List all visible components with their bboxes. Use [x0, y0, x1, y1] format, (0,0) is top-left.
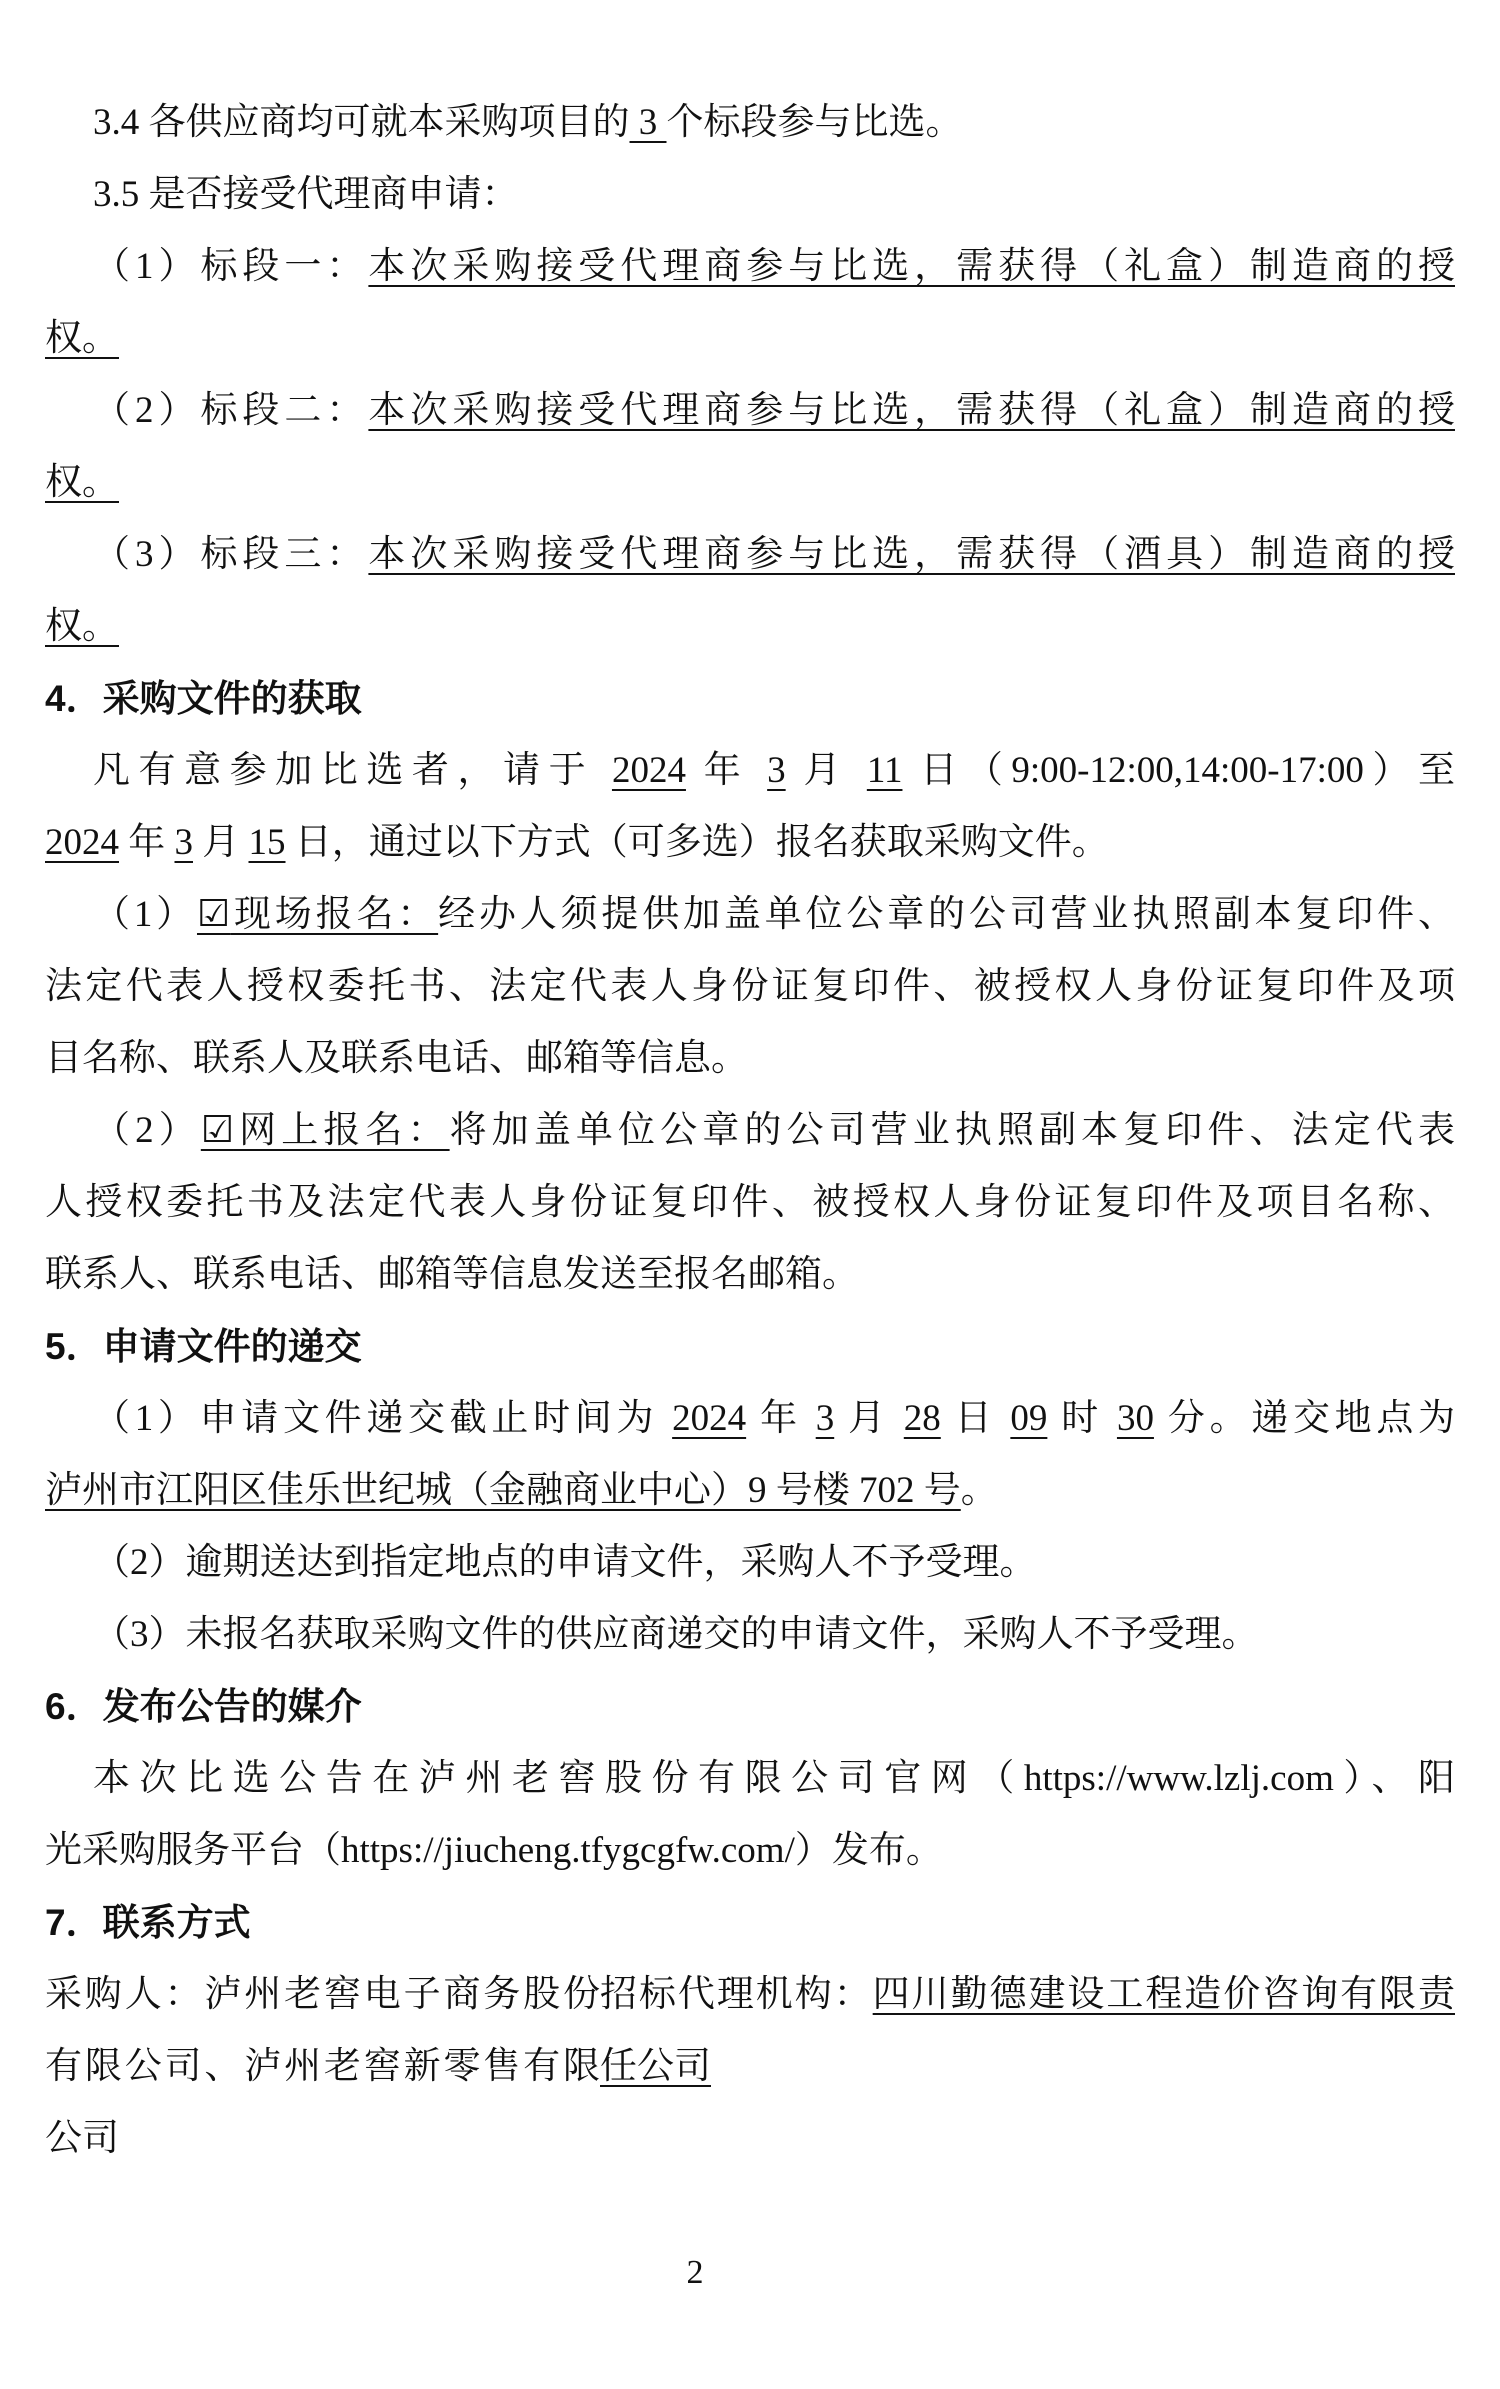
purchaser-line: 有限公司、泸州老窖新零售有限: [45, 2031, 600, 2103]
text-run: 凡有意参加比选者，请于: [93, 750, 612, 791]
purchaser-line: 采购人：泸州老窖电子商务股份: [45, 1959, 600, 2031]
checkbox-checked-icon: ☑: [197, 894, 230, 935]
text-run: 3.4 各供应商均可就本采购项目的: [93, 102, 630, 143]
text-run: 日（9:00-12:00,14:00-17:00）至: [902, 750, 1455, 791]
text-run: 有限公司、泸州老窖新零售有限: [45, 2046, 600, 2087]
underlined-text: 本次采购接受代理商参与比选，需获得（酒具）制造商的授: [368, 534, 1455, 575]
heading-text: 6．发布公告的媒介: [45, 1686, 362, 1727]
onsite-signup-label: 现场报名：: [230, 894, 438, 935]
text-run: 3.5 是否接受代理商申请：: [93, 174, 519, 215]
delivery-address: 泸州市江阳区佳乐世纪城（金融商业中心）9 号楼 702 号: [45, 1470, 961, 1511]
time-value: 09: [1010, 1398, 1047, 1439]
contact-agency: 招标代理机构：四川勤德建设工程造价咨询有限责任公司: [600, 1959, 1455, 2175]
agency-line: 任公司: [600, 2031, 1455, 2103]
date-value: 3: [175, 822, 194, 863]
text-run: 经办人须提供加盖单位公章的公司营业执照副本复印件、: [438, 894, 1455, 935]
text-run: 年: [119, 822, 175, 863]
para-online-signup-line3: 联系人、联系电话、邮箱等信息发送至报名邮箱。: [45, 1239, 1455, 1311]
text-run: 时: [1047, 1398, 1117, 1439]
text-run: 人授权委托书及法定代表人身份证复印件、被授权人身份证复印件及项目名称、: [45, 1182, 1455, 1223]
heading-text: 7．联系方式: [45, 1902, 251, 1943]
para-signup-period-line1: 凡有意参加比选者，请于 2024 年 3 月 11 日（9:00-12:00,1…: [45, 735, 1455, 807]
para-online-signup-line1: （2）☑网上报名：将加盖单位公章的公司营业执照副本复印件、法定代表: [45, 1095, 1455, 1167]
para-lot1-line1: （1）标段一：本次采购接受代理商参与比选，需获得（礼盒）制造商的授: [45, 231, 1455, 303]
agency-label: 招标代理机构：: [600, 1974, 873, 2015]
underlined-text: 权。: [45, 606, 119, 647]
page-number-text: 2: [687, 2254, 704, 2291]
para-onsite-signup-line1: （1）☑现场报名：经办人须提供加盖单位公章的公司营业执照副本复印件、: [45, 879, 1455, 951]
para-lot2-line2: 权。: [45, 447, 1455, 519]
para-3-5: 3.5 是否接受代理商申请：: [45, 159, 1455, 231]
text-run: 月: [193, 822, 249, 863]
para-3-4: 3.4 各供应商均可就本采购项目的 3 个标段参与比选。: [45, 87, 1455, 159]
lot1-label: （1）标段一：: [93, 246, 368, 287]
para-deadline-line1: （1）申请文件递交截止时间为 2024 年 3 月 28 日 09 时 30 分…: [45, 1383, 1455, 1455]
para-signup-period-line2: 2024 年 3 月 15 日，通过以下方式（可多选）报名获取采购文件。: [45, 807, 1455, 879]
text-run: （2）: [93, 1110, 201, 1151]
underlined-text: 本次采购接受代理商参与比选，需获得（礼盒）制造商的授: [368, 246, 1455, 287]
text-run: 目名称、联系人及联系电话、邮箱等信息。: [45, 1038, 748, 1079]
para-late-rejection: （2）逾期送达到指定地点的申请文件，采购人不予受理。: [45, 1527, 1455, 1599]
date-value: 28: [904, 1398, 941, 1439]
heading-section-6: 6．发布公告的媒介: [45, 1671, 1455, 1743]
para-onsite-signup-line3: 目名称、联系人及联系电话、邮箱等信息。: [45, 1023, 1455, 1095]
lot3-label: （3）标段三：: [93, 534, 368, 575]
text-run: 将加盖单位公章的公司营业执照副本复印件、法定代表: [450, 1110, 1455, 1151]
text-run: 年: [686, 750, 767, 791]
para-unregistered-rejection: （3）未报名获取采购文件的供应商递交的申请文件，采购人不予受理。: [45, 1599, 1455, 1671]
heading-section-4: 4．采购文件的获取: [45, 663, 1455, 735]
text-run: （3）未报名获取采购文件的供应商递交的申请文件，采购人不予受理。: [93, 1614, 1259, 1655]
lot-count-value: 3: [630, 102, 667, 143]
para-onsite-signup-line2: 法定代表人授权委托书、法定代表人身份证复印件、被授权人身份证复印件及项: [45, 951, 1455, 1023]
text-run: 光采购服务平台（https://jiucheng.tfygcgfw.com/）发…: [45, 1830, 943, 1871]
time-value: 30: [1117, 1398, 1154, 1439]
date-value: 15: [249, 822, 286, 863]
para-media-line2: 光采购服务平台（https://jiucheng.tfygcgfw.com/）发…: [45, 1815, 1455, 1887]
heading-text: 5．申请文件的递交: [45, 1326, 362, 1367]
date-value: 2024: [612, 750, 686, 791]
contact-purchaser: 采购人：泸州老窖电子商务股份有限公司、泸州老窖新零售有限公司: [45, 1959, 600, 2175]
text-run: 。: [961, 1470, 998, 1511]
text-run: 个标段参与比选。: [667, 102, 963, 143]
date-value: 3: [767, 750, 786, 791]
agency-name: 任公司: [600, 2046, 711, 2087]
date-value: 3: [816, 1398, 835, 1439]
date-value: 2024: [45, 822, 119, 863]
underlined-text: 本次采购接受代理商参与比选，需获得（礼盒）制造商的授: [368, 390, 1455, 431]
para-lot2-line1: （2）标段二：本次采购接受代理商参与比选，需获得（礼盒）制造商的授: [45, 375, 1455, 447]
text-run: 月: [834, 1398, 904, 1439]
text-run: 分。递交地点为: [1154, 1398, 1455, 1439]
para-deadline-line2: 泸州市江阳区佳乐世纪城（金融商业中心）9 号楼 702 号。: [45, 1455, 1455, 1527]
agency-line: 招标代理机构：四川勤德建设工程造价咨询有限责: [600, 1959, 1455, 2031]
purchaser-line: 公司: [45, 2103, 600, 2175]
heading-section-7: 7．联系方式: [45, 1887, 1455, 1959]
text-run: 年: [746, 1398, 816, 1439]
underlined-text: 权。: [45, 462, 119, 503]
text-run: 日，通过以下方式（可多选）报名获取采购文件。: [286, 822, 1109, 863]
para-online-signup-line2: 人授权委托书及法定代表人身份证复印件、被授权人身份证复印件及项目名称、: [45, 1167, 1455, 1239]
text-run: 采购人：泸州老窖电子商务股份: [45, 1974, 600, 2015]
text-run: 法定代表人授权委托书、法定代表人身份证复印件、被授权人身份证复印件及项: [45, 966, 1455, 1007]
text-run: （1）: [93, 894, 197, 935]
contact-section: 采购人：泸州老窖电子商务股份有限公司、泸州老窖新零售有限公司 招标代理机构：四川…: [45, 1959, 1455, 2175]
text-run: 联系人、联系电话、邮箱等信息发送至报名邮箱。: [45, 1254, 859, 1295]
date-value: 2024: [672, 1398, 746, 1439]
heading-text: 4．采购文件的获取: [45, 678, 362, 719]
heading-section-5: 5．申请文件的递交: [45, 1311, 1455, 1383]
text-run: （2）逾期送达到指定地点的申请文件，采购人不予受理。: [93, 1542, 1037, 1583]
para-lot1-line2: 权。: [45, 303, 1455, 375]
document-page: 3.4 各供应商均可就本采购项目的 3 个标段参与比选。 3.5 是否接受代理商…: [0, 0, 1500, 2309]
para-lot3-line2: 权。: [45, 591, 1455, 663]
para-lot3-line1: （3）标段三：本次采购接受代理商参与比选，需获得（酒具）制造商的授: [45, 519, 1455, 591]
text-run: 公司: [45, 2118, 119, 2159]
text-run: 日: [941, 1398, 1011, 1439]
lot2-label: （2）标段二：: [93, 390, 368, 431]
checkbox-checked-icon: ☑: [201, 1110, 234, 1151]
date-value: 11: [867, 750, 903, 791]
online-signup-label: 网上报名：: [234, 1110, 450, 1151]
underlined-text: 权。: [45, 318, 119, 359]
agency-name: 四川勤德建设工程造价咨询有限责: [873, 1974, 1455, 2015]
text-run: 月: [786, 750, 867, 791]
page-number: 2: [45, 2237, 1455, 2309]
text-run: （1）申请文件递交截止时间为: [93, 1398, 672, 1439]
para-media-line1: 本次比选公告在泸州老窖股份有限公司官网（https://www.lzlj.com…: [45, 1743, 1455, 1815]
text-run: 本次比选公告在泸州老窖股份有限公司官网（https://www.lzlj.com…: [93, 1758, 1455, 1799]
